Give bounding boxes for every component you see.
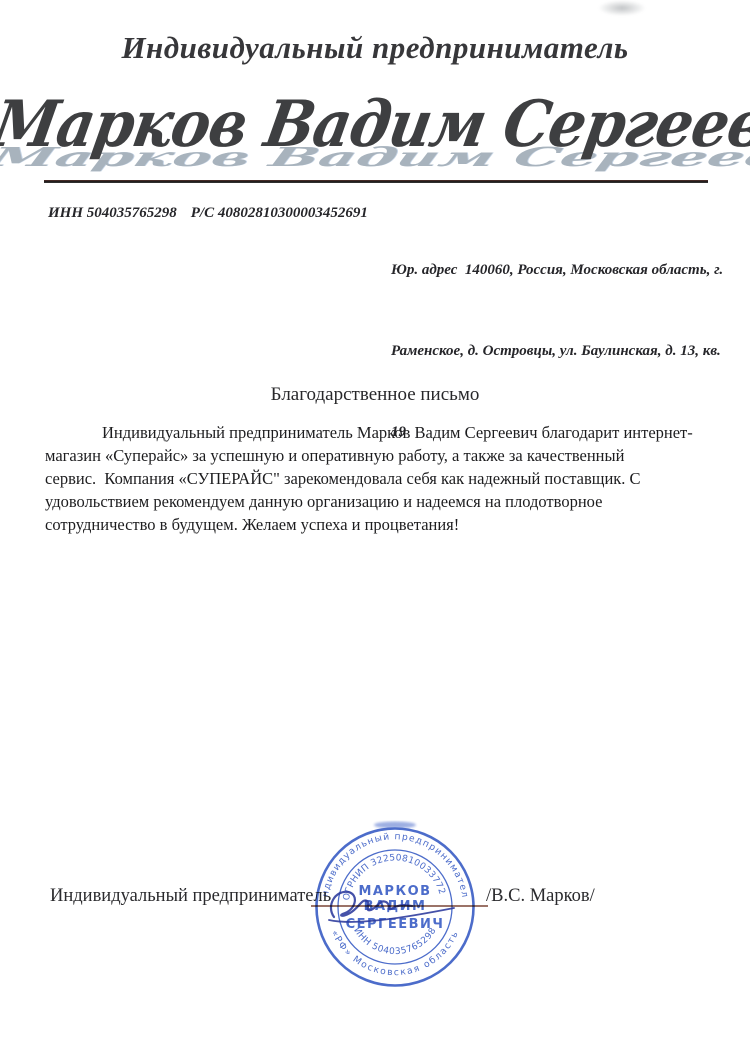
address-line: Юр. адрес 140060, Россия, Московская обл… bbox=[391, 257, 731, 284]
body-line: магазин «Суперайс» за успешную и операти… bbox=[45, 444, 725, 467]
requisites-line: ИНН 504035765298Р/С 40802810300003452691 bbox=[48, 205, 368, 222]
letter-title: Благодарственное письмо bbox=[0, 384, 750, 406]
round-stamp: Индивидуальный предприниматель «РФ» Моск… bbox=[308, 816, 482, 998]
account-label: Р/С bbox=[191, 205, 214, 221]
body-line: Индивидуальный предприниматель Марков Ва… bbox=[45, 421, 725, 444]
signatory-name: /В.С. Марков/ bbox=[486, 886, 595, 907]
scan-smudge bbox=[598, 0, 646, 16]
address-line: Раменское, д. Островцы, ул. Баулинская, … bbox=[391, 338, 731, 365]
inn-label: ИНН bbox=[48, 205, 83, 221]
stamp-center-line: СЕРГЕЕВИЧ bbox=[346, 917, 445, 932]
body-line: сервис. Компания «СУПЕРАЙС" зарекомендов… bbox=[45, 467, 725, 490]
owner-name-text: Марков Вадим Сергеевич bbox=[0, 92, 750, 156]
letterhead-owner-name: Марков Вадим Сергеевич Марков Вадим Серг… bbox=[0, 78, 750, 188]
letterhead-type-label: Индивидуальный предприниматель bbox=[0, 30, 750, 66]
body-line: сотрудничество в будущем. Желаем успеха … bbox=[45, 513, 725, 536]
body-line: удовольствием рекомендуем данную организ… bbox=[45, 490, 725, 513]
account-value: 40802810300003452691 bbox=[218, 205, 368, 221]
inn-value: 504035765298 bbox=[87, 205, 177, 221]
signature-label: Индивидуальный предприниматель bbox=[50, 886, 331, 907]
letterhead-rule bbox=[44, 180, 708, 183]
letter-body: Индивидуальный предприниматель Марков Ва… bbox=[45, 421, 725, 536]
stamp-center-line: МАРКОВ bbox=[358, 884, 431, 899]
